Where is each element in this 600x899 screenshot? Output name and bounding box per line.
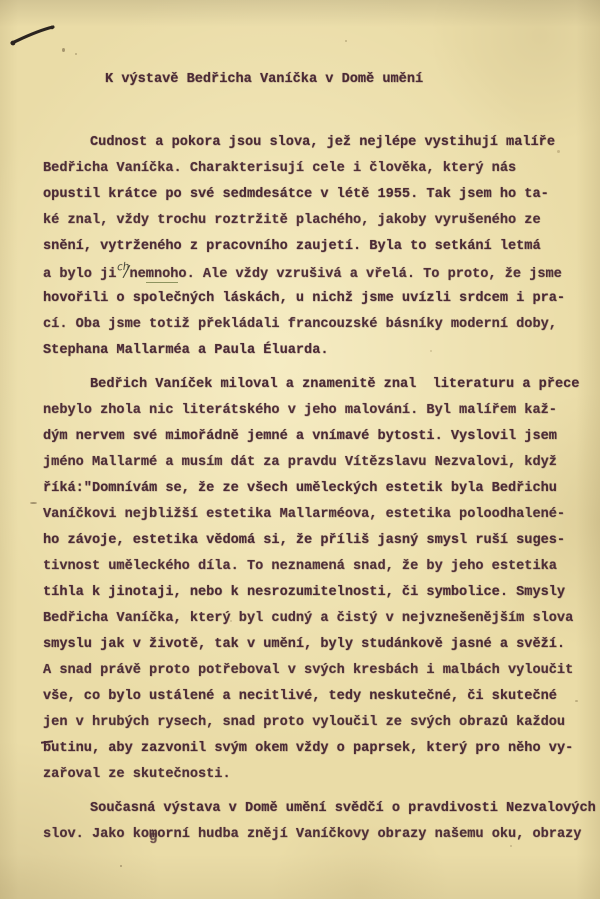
text-line: ho závoje, estetika vědomá si, že příliš…	[43, 528, 583, 554]
text-line: ké znal, vždy trochu roztržitě plachého,…	[43, 208, 583, 234]
text-line: tivnost uměleckého díla. To neznamená sn…	[43, 554, 583, 580]
paper-speck	[430, 350, 432, 352]
text-line: opustil krátce po své sedmdesátce v létě…	[43, 182, 583, 208]
text-line: smyslu jak v životě, tak v umění, byly s…	[43, 632, 583, 658]
paragraph: Současná výstava v Domě umění svědčí o p…	[43, 796, 583, 848]
typed-text: orní hudba znějí Vaníčkovy obrazy našemu…	[157, 827, 581, 842]
typed-text: a bylo ji	[43, 267, 116, 282]
text-line: vše, co bylo ustálené a necitlivé, tedy …	[43, 684, 583, 710]
text-line: tíhla k jinotaji, nebo k nesrozumitelnos…	[43, 580, 583, 606]
paper-speck	[575, 700, 578, 702]
text-line: Cudnost a pokora jsou slova, jež nejlépe…	[43, 130, 583, 156]
paper-speck	[75, 53, 77, 55]
text-line: hovořili o společných láskách, u nichž j…	[43, 286, 583, 312]
document-page: K výstavě Bedřicha Vaníčka v Domě umění …	[0, 0, 600, 899]
document-title: K výstavě Bedřicha Vaníčka v Domě umění	[105, 72, 423, 87]
typed-text: o. Ale vždy vzrušivá a vřelá. To proto, …	[178, 267, 561, 282]
text-line: Stephana Mallarméa a Paula Éluarda.	[43, 338, 583, 364]
text-line: Současná výstava v Domě umění svědčí o p…	[43, 796, 583, 822]
paragraph: Cudnost a pokora jsou slova, jež nejlépe…	[43, 130, 583, 364]
text-line: jméno Mallarmé a musím dát za pravdu Vít…	[43, 450, 583, 476]
paper-speck	[345, 40, 347, 42]
text-line: Bedřicha Vaníčka, který byl cudný a čist…	[43, 606, 583, 632]
text-line: a bylo jich/nemnoho. Ale vždy vzrušivá a…	[43, 260, 583, 286]
text-line: dým nervem své mimořádně jemné a vnímavé…	[43, 424, 583, 450]
text-line: jen v hrubých rysech, snad proto vylouči…	[43, 710, 583, 736]
paragraph: Bedřich Vaníček miloval a znamenitě znal…	[43, 372, 583, 788]
text-line: říká:"Domnívám se, že ze všech uměleckýc…	[43, 476, 583, 502]
paper-speck	[62, 48, 65, 52]
overtyped-ghost-letter: g	[149, 825, 157, 851]
text-line: Bedřicha Vaníčka. Charakterisují cele i …	[43, 156, 583, 182]
pencil-underlined-text: mnoh	[146, 267, 179, 283]
typed-text: utinu, aby zazvonil svým okem vždy o pap…	[51, 741, 573, 756]
text-line: A snad právě proto potřeboval v svých kr…	[43, 658, 583, 684]
struck-typo-letter: b	[43, 736, 51, 762]
ink-staple-mark	[8, 23, 60, 49]
text-line: zařoval ze skutečnosti.	[43, 762, 583, 788]
typed-text: ne	[129, 267, 145, 282]
paper-speck	[510, 845, 512, 847]
paper-speck	[120, 865, 122, 867]
overtyped-letter: mg	[149, 822, 157, 848]
text-line: Bedřich Vaníček miloval a znamenitě znal…	[43, 372, 583, 398]
text-line: cí. Oba jsme totiž překládali francouzsk…	[43, 312, 583, 338]
text-line: slov. Jako komgorní hudba znějí Vaníčkov…	[43, 822, 583, 848]
document-body: Cudnost a pokora jsou slova, jež nejlépe…	[43, 130, 583, 848]
paper-speck	[557, 150, 560, 153]
paper-speck	[30, 502, 37, 504]
paper-speck	[230, 620, 232, 622]
text-line: nebylo zhola nic literátského v jeho mal…	[43, 398, 583, 424]
typed-text: slov. Jako ko	[43, 827, 149, 842]
text-line: Vaníčkovi nejbližší estetika Mallarméova…	[43, 502, 583, 528]
text-line: butinu, aby zazvonil svým okem vždy o pa…	[43, 736, 583, 762]
